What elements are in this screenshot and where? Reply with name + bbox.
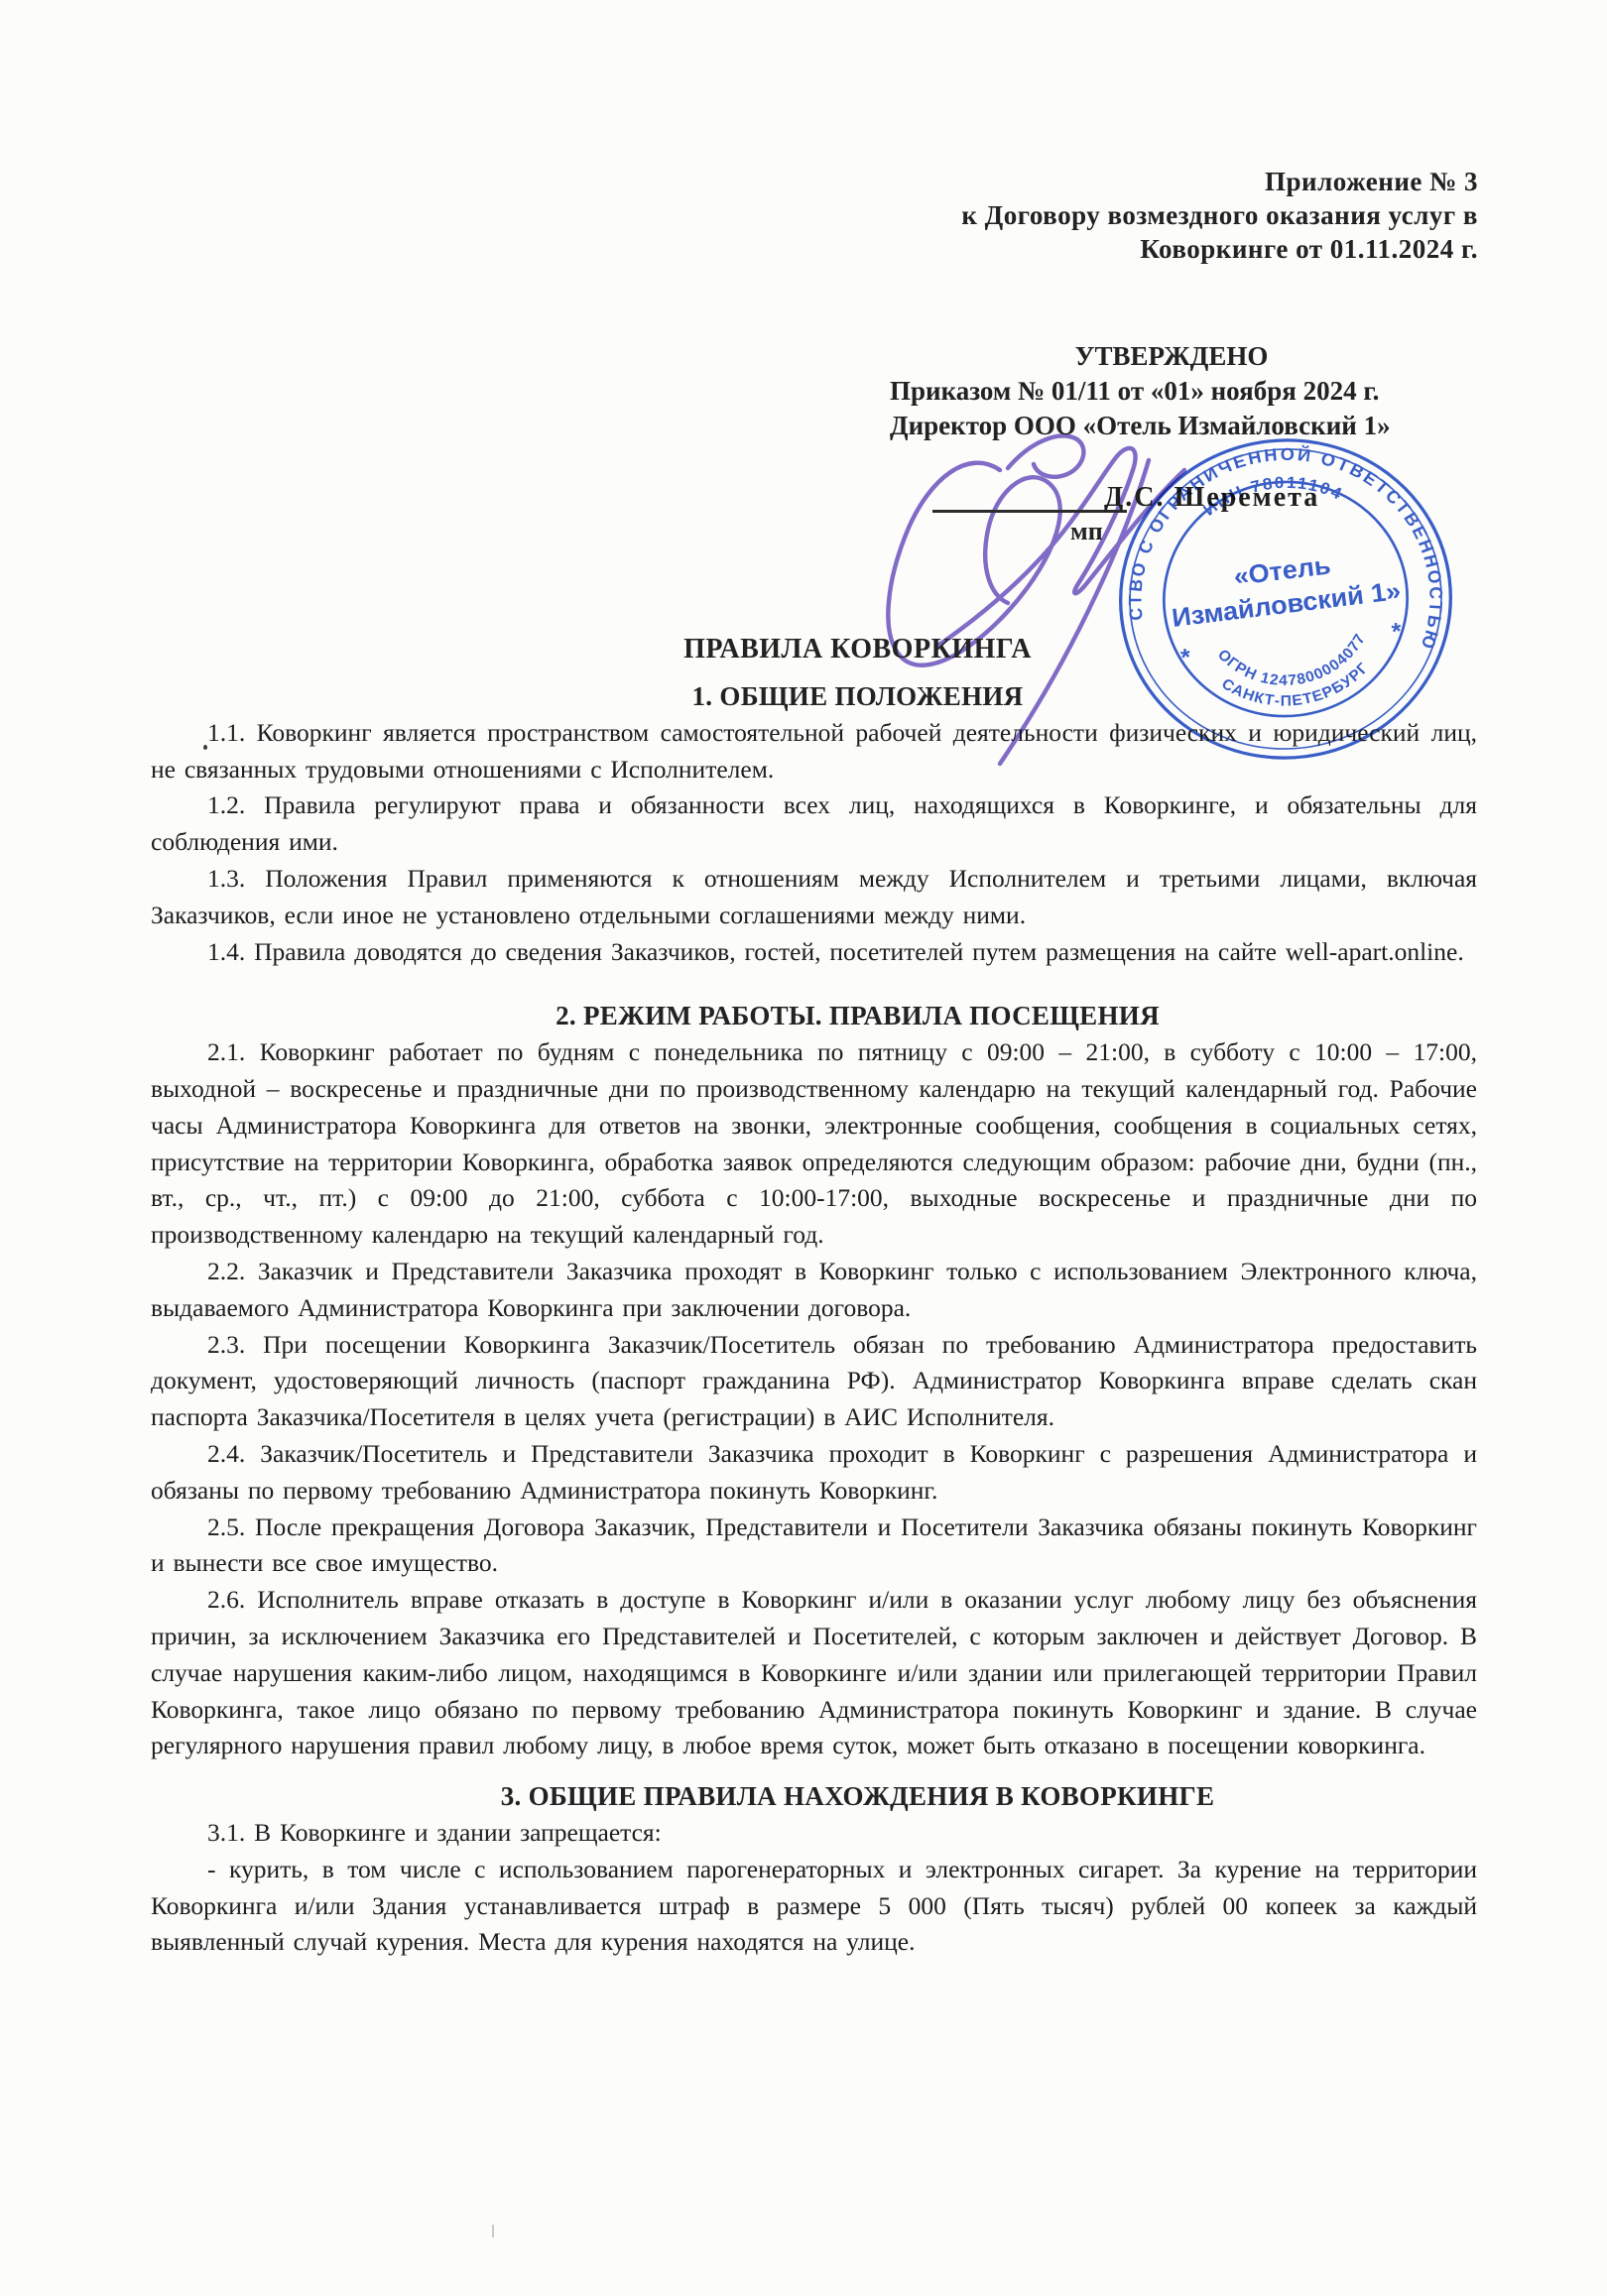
- scan-artifact-dot: [203, 745, 207, 750]
- signature-stroke-top: [1008, 436, 1083, 477]
- paragraph-3-1: 3.1. В Коворкинге и здании запрещается:: [151, 1815, 1477, 1852]
- paragraph-2-1: 2.1. Коворкинг работает по будням с поне…: [151, 1034, 1477, 1254]
- paragraph-2-4: 2.4. Заказчик/Посетитель и Представители…: [151, 1436, 1477, 1510]
- paragraph-2-2: 2.2. Заказчик и Представители Заказчика …: [151, 1254, 1477, 1327]
- appendix-line-1: Приложение № 3: [754, 165, 1478, 198]
- document-body: 1. ОБЩИЕ ПОЛОЖЕНИЯ 1.1. Коворкинг являет…: [151, 678, 1477, 1961]
- appendix-line-3: Коворкинге от 01.11.2024 г.: [754, 232, 1478, 266]
- approved-label: УТВЕРЖДЕНО: [890, 339, 1453, 374]
- paragraph-2-3: 2.3. При посещении Коворкинга Заказчик/П…: [151, 1327, 1477, 1436]
- section-3-heading: 3. ОБЩИЕ ПРАВИЛА НАХОЖДЕНИЯ В КОВОРКИНГЕ: [194, 1778, 1521, 1815]
- paragraph-3-1-bullet-smoking: - курить, в том числе с использованием п…: [151, 1852, 1477, 1961]
- section-2-heading: 2. РЕЖИМ РАБОТЫ. ПРАВИЛА ПОСЕЩЕНИЯ: [194, 998, 1521, 1034]
- appendix-header: Приложение № 3 к Договору возмездного ок…: [754, 165, 1478, 266]
- paragraph-1-3: 1.3. Положения Правил применяются к отно…: [151, 861, 1477, 934]
- order-line: Приказом № 01/11 от «01» ноября 2024 г.: [890, 374, 1453, 409]
- paragraph-1-2: 1.2. Правила регулируют права и обязанно…: [151, 787, 1477, 861]
- scan-artifact-tick: [492, 2225, 494, 2237]
- paragraph-1-1: 1.1. Коворкинг является пространством са…: [151, 715, 1477, 788]
- document-title: ПРАВИЛА КОВОРКИНГА: [194, 634, 1521, 665]
- section-1-heading: 1. ОБЩИЕ ПОЛОЖЕНИЯ: [194, 678, 1521, 715]
- paragraph-2-6: 2.6. Исполнитель вправе отказать в досту…: [151, 1582, 1477, 1764]
- signature-line: [932, 510, 1127, 513]
- scanned-document-page: Приложение № 3 к Договору возмездного ок…: [0, 0, 1607, 2296]
- appendix-line-2: к Договору возмездного оказания услуг в: [754, 198, 1478, 232]
- seal-place-abbr: мп: [1070, 517, 1103, 546]
- paragraph-2-5: 2.5. После прекращения Договора Заказчик…: [151, 1510, 1477, 1583]
- paragraph-1-4: 1.4. Правила доводятся до сведения Заказ…: [151, 934, 1477, 971]
